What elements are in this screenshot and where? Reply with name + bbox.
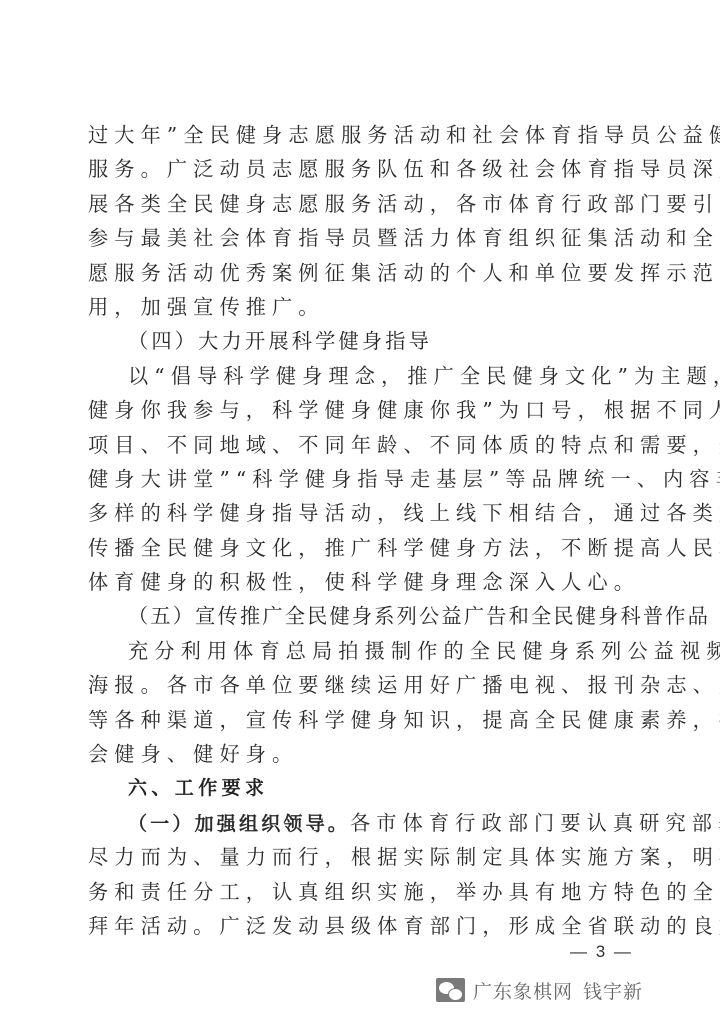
paragraph-line: 传播全民健身文化，推广科学健身方法，不断提高人民群众参与 (88, 531, 656, 565)
paragraph-line: 健身你我参与，科学健身健康你我”为口号，根据不同人群、不同 (88, 393, 656, 427)
watermark-source: 广东象棋网 (473, 981, 573, 1003)
paragraph-line: 海报。各市各单位要继续运用好广播电视、报刊杂志、户外广告 (88, 668, 656, 702)
paragraph-line: 用，加强宣传推广。 (88, 290, 656, 324)
paragraph-line: 展各类全民健身志愿服务活动，各市体育行政部门要引导入选和 (88, 187, 656, 221)
paragraph-line: 项目、不同地域、不同年龄、不同体质的特点和需要，开展“科学 (88, 428, 656, 462)
paragraph-line: 尽力而为、量力而行，根据实际制定具体实施方案，明确工作任 (88, 840, 656, 874)
paragraph-line: 等各种渠道，宣传科学健身知识，提高全民健康素养，指导群众 (88, 703, 656, 737)
paragraph-line: 体育健身的积极性，使科学健身理念深入人心。 (88, 565, 656, 599)
paragraph-line: 愿服务活动优秀案例征集活动的个人和单位要发挥示范引领作 (88, 256, 656, 290)
paragraph-line-mixed: （一）加强组织领导。各市体育行政部门要认真研究部署， (88, 806, 656, 840)
watermark-text: 广东象棋网钱宇新 (473, 977, 643, 1004)
paragraph-line: 健身大讲堂”“科学健身指导走基层”等品牌统一、内容丰富、形式 (88, 462, 656, 496)
paragraph-line: 充分利用体育总局拍摄制作的全民健身系列公益视频广告和 (88, 634, 656, 668)
paragraph-line: 服务。广泛动员志愿服务队伍和各级社会体育指导员深入基层开 (88, 152, 656, 186)
watermark-author: 钱宇新 (583, 981, 643, 1003)
paragraph-line: 以“倡导科学健身理念，推广全民健身文化”为主题，以“全民 (88, 359, 656, 393)
page-number: — 3 — (570, 942, 633, 962)
section-heading-6: 六、工作要求 (88, 771, 656, 805)
document-page: 过大年”全民健身志愿服务活动和社会体育指导员公益健身指导 服务。广泛动员志愿服务… (0, 0, 720, 1019)
watermark: 广东象棋网钱宇新 (436, 977, 643, 1003)
wechat-icon (436, 978, 465, 1002)
inline-subheading-1: （一）加强组织领导。 (128, 813, 350, 835)
paragraph-line: 会健身、健好身。 (88, 737, 656, 771)
paragraph-line: 参与最美社会体育指导员暨活力体育组织征集活动和全民健身志 (88, 221, 656, 255)
inline-text: 各市体育行政部门要认真研究部署， (350, 811, 720, 835)
subheading-4: （四）大力开展科学健身指导 (88, 324, 656, 358)
paragraph-line: 过大年”全民健身志愿服务活动和社会体育指导员公益健身指导 (88, 118, 656, 152)
paragraph-line: 拜年活动。广泛发动县级体育部门，形成全省联动的良好局面。 (88, 909, 656, 943)
subheading-5: （五）宣传推广全民健身系列公益广告和全民健身科普作品 (88, 599, 656, 633)
paragraph-line: 多样的科学健身指导活动，线上线下相结合，通过各类媒体广泛 (88, 496, 656, 530)
document-body: 过大年”全民健身志愿服务活动和社会体育指导员公益健身指导 服务。广泛动员志愿服务… (88, 118, 656, 943)
paragraph-line: 务和责任分工，认真组织实施，举办具有地方特色的全民健身大 (88, 875, 656, 909)
